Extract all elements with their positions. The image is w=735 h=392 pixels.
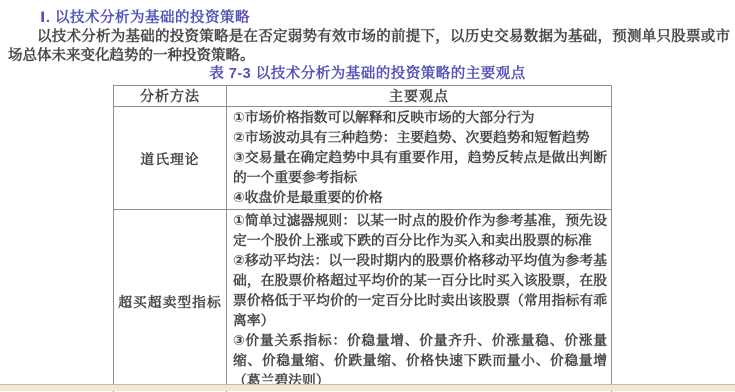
analysis-methods-table: 分析方法 主要观点 道氏理论 ①市场价格指数可以解释和反映市场的大部分行为 ②市…	[113, 85, 612, 392]
point-item: ④收盘价是最重要的价格	[233, 188, 607, 208]
page-edge-strip	[0, 384, 735, 391]
method-cell: 道氏理论	[114, 107, 227, 210]
point-item: ①简单过滤器规则：以某一时点的股价作为参考基准，预先设定一个股价上涨或下跌的百分…	[233, 211, 607, 251]
section-heading: Ⅰ. 以技术分析为基础的投资策略	[40, 6, 250, 27]
points-cell: ①简单过滤器规则：以某一时点的股价作为参考基准，预先设定一个股价上涨或下跌的百分…	[227, 210, 612, 392]
intro-paragraph: 以技术分析为基础的投资策略是在否定弱势有效市场的前提下，以历史交易数据为基础，预…	[8, 28, 730, 66]
table-header-row: 分析方法 主要观点	[114, 86, 612, 107]
method-cell: 超买超卖型指标	[114, 210, 227, 392]
point-item: ③交易量在确定趋势中具有重要作用，趋势反转点是做出判断的一个重要参考指标	[233, 148, 607, 188]
points-cell: ①市场价格指数可以解释和反映市场的大部分行为 ②市场波动具有三种趋势：主要趋势、…	[227, 107, 612, 210]
point-item: ①市场价格指数可以解释和反映市场的大部分行为	[233, 108, 607, 128]
table-row-overbought-oversold: 超买超卖型指标 ①简单过滤器规则：以某一时点的股价作为参考基准，预先设定一个股价…	[114, 210, 612, 392]
point-item: ②市场波动具有三种趋势：主要趋势、次要趋势和短暂趋势	[233, 128, 607, 148]
table-caption: 表 7-3 以技术分析为基础的投资策略的主要观点	[0, 62, 735, 83]
table-row-dow-theory: 道氏理论 ①市场价格指数可以解释和反映市场的大部分行为 ②市场波动具有三种趋势：…	[114, 107, 612, 210]
point-item: ②移动平均法：以一段时期内的股票价格移动平均值为参考基础，在股票价格超过平均价的…	[233, 251, 607, 331]
column-header-points: 主要观点	[227, 86, 612, 107]
point-item: ③价量关系指标：价稳量增、价量齐升、价涨量稳、价涨量缩、价稳量缩、价跌量缩、价格…	[233, 331, 607, 391]
column-header-method: 分析方法	[114, 86, 227, 107]
